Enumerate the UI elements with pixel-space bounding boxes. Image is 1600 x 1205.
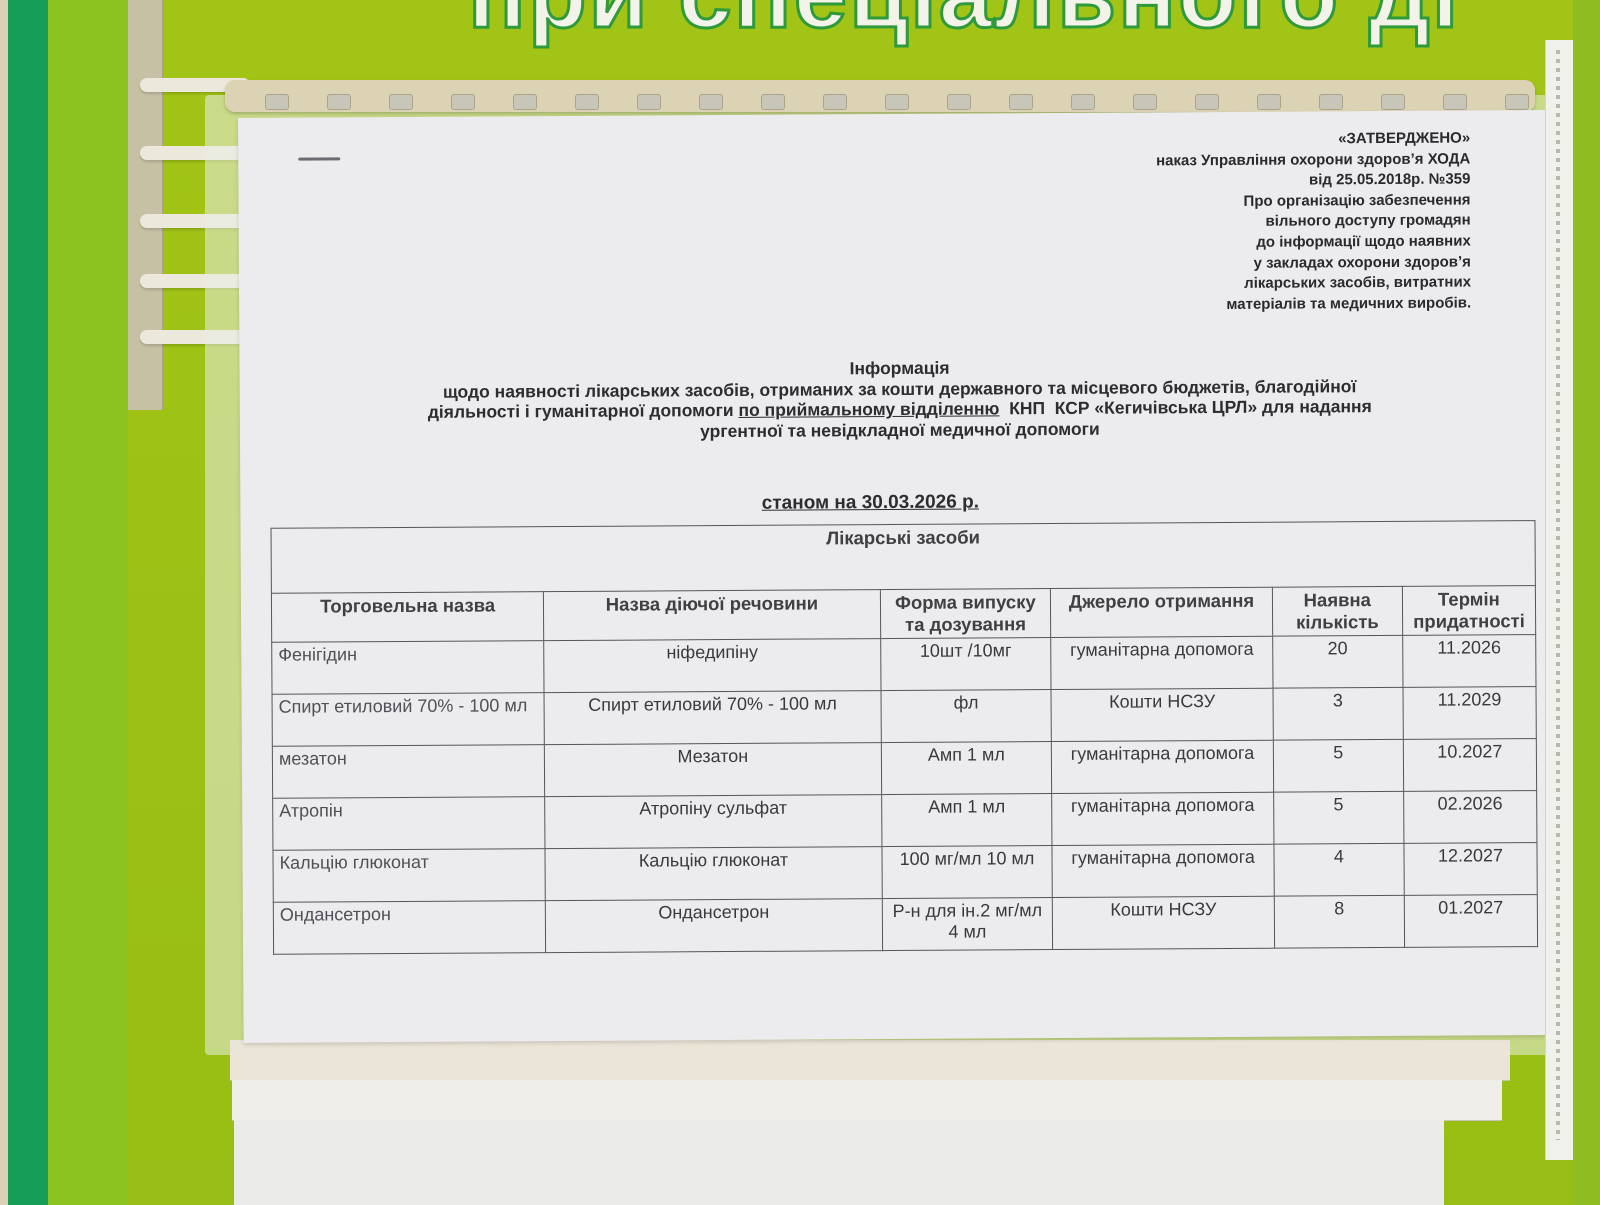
sleeve-edge <box>1545 40 1574 1160</box>
cell-form: Амп 1 мл <box>881 794 1052 847</box>
approval-line: вільного доступу громадян <box>1156 211 1470 234</box>
frame-right <box>1573 0 1600 1205</box>
underlying-sheet <box>230 1040 1510 1081</box>
column-header: Термін придатності <box>1402 586 1535 636</box>
cell-trade-name: Ондансетрон <box>273 901 546 955</box>
cell-form: 100 мг/мл 10 мл <box>882 846 1053 899</box>
info-heading: Інформація щодо наявності лікарських зас… <box>279 354 1519 444</box>
cell-substance: ніфедипіну <box>544 639 881 693</box>
cell-expiry: 11.2029 <box>1403 687 1536 740</box>
table-group-header: Лікарські засоби <box>271 521 1535 594</box>
table-row: Кальцію глюконатКальцію глюконат100 мг/м… <box>273 843 1537 903</box>
cell-expiry: 02.2026 <box>1403 791 1536 844</box>
approval-line: наказ Управління охорони здоров’я ХОДА <box>1156 149 1470 172</box>
cell-quantity: 3 <box>1273 687 1403 740</box>
approval-line: від 25.05.2018р. №359 <box>1156 170 1470 193</box>
cell-trade-name: Кальцію глюконат <box>273 849 546 903</box>
holder-post <box>128 0 164 410</box>
cell-form: 10шт /10мг <box>880 638 1051 691</box>
cell-expiry: 01.2027 <box>1404 895 1537 948</box>
cell-quantity: 8 <box>1274 895 1404 948</box>
column-header: Торговельна назва <box>271 592 544 643</box>
table-row: ОндансетронОндансетронР-н для ін.2 мг/мл… <box>273 895 1537 955</box>
column-header: Форма випуску та дозування <box>880 589 1051 639</box>
table-row: Фенігідинніфедипіну10шт /10мггуманітарна… <box>272 635 1536 695</box>
wall <box>0 0 8 1205</box>
cell-source: гуманітарна допомога <box>1052 792 1274 845</box>
underlying-sheet <box>232 1080 1502 1121</box>
cell-expiry: 11.2026 <box>1403 635 1536 688</box>
cell-quantity: 5 <box>1273 791 1403 844</box>
cell-substance: Спирт етиловий 70% - 100 мл <box>544 691 881 745</box>
table-row: мезатонМезатонАмп 1 млгуманітарна допомо… <box>272 739 1536 799</box>
approval-line: лікарських засобів, витратних <box>1157 273 1471 296</box>
approval-line: «ЗАТВЕРДЖЕНО» <box>1156 128 1470 151</box>
frame-border <box>48 0 128 1205</box>
approval-line: матеріалів та медичних виробів. <box>1157 293 1471 316</box>
approval-line: Про організацію забезпечення <box>1156 190 1470 213</box>
medicines-table: Лікарські засоби Торговельна назваНазва … <box>271 520 1539 955</box>
cell-source: Кошти НСЗУ <box>1053 896 1275 949</box>
cell-source: гуманітарна допомога <box>1052 740 1274 793</box>
cell-trade-name: Фенігідин <box>272 641 545 695</box>
table-row: АтропінАтропіну сульфатАмп 1 млгуманітар… <box>273 791 1537 851</box>
cell-substance: Кальцію глюконат <box>545 847 882 901</box>
cell-expiry: 12.2027 <box>1404 843 1537 896</box>
cell-form: фл <box>881 690 1052 743</box>
underlying-sheet <box>234 1120 1444 1205</box>
cell-trade-name: мезатон <box>272 745 545 799</box>
info-sheet: «ЗАТВЕРДЖЕНО»наказ Управління охорони зд… <box>238 110 1564 1043</box>
cell-source: гуманітарна допомога <box>1052 844 1274 897</box>
cell-trade-name: Атропін <box>273 797 546 851</box>
cell-source: гуманітарна допомога <box>1051 636 1273 689</box>
cell-substance: Атропіну сульфат <box>545 795 882 849</box>
cell-trade-name: Спирт етиловий 70% - 100 мл <box>272 693 545 747</box>
cell-form: Р-н для ін.2 мг/мл 4 мл <box>882 898 1053 951</box>
cell-quantity: 20 <box>1272 635 1402 688</box>
pen-mark <box>298 157 340 160</box>
approval-line: до інформації щодо наявних <box>1157 231 1471 254</box>
cell-quantity: 5 <box>1273 739 1403 792</box>
cell-quantity: 4 <box>1274 843 1404 896</box>
column-header: Джерело отримання <box>1051 587 1273 637</box>
approval-block: «ЗАТВЕРДЖЕНО»наказ Управління охорони зд… <box>1156 128 1471 315</box>
approval-line: у закладах охорони здоров’я <box>1157 252 1471 275</box>
column-header: Наявна кількість <box>1272 586 1402 636</box>
table-row: Спирт етиловий 70% - 100 млСпирт етилови… <box>272 687 1536 747</box>
cell-source: Кошти НСЗУ <box>1051 688 1273 741</box>
cell-substance: Ондансетрон <box>546 899 883 953</box>
binding-rail <box>225 80 1535 112</box>
column-header: Назва діючої речовини <box>544 590 881 641</box>
frame-stripe <box>8 0 48 1205</box>
board-title: при спеціального ді <box>468 0 1460 50</box>
as-of-date: станом на 30.03.2026 р. <box>240 488 1560 518</box>
cell-substance: Мезатон <box>545 743 882 797</box>
cell-expiry: 10.2027 <box>1403 739 1536 792</box>
cell-form: Амп 1 мл <box>881 742 1052 795</box>
